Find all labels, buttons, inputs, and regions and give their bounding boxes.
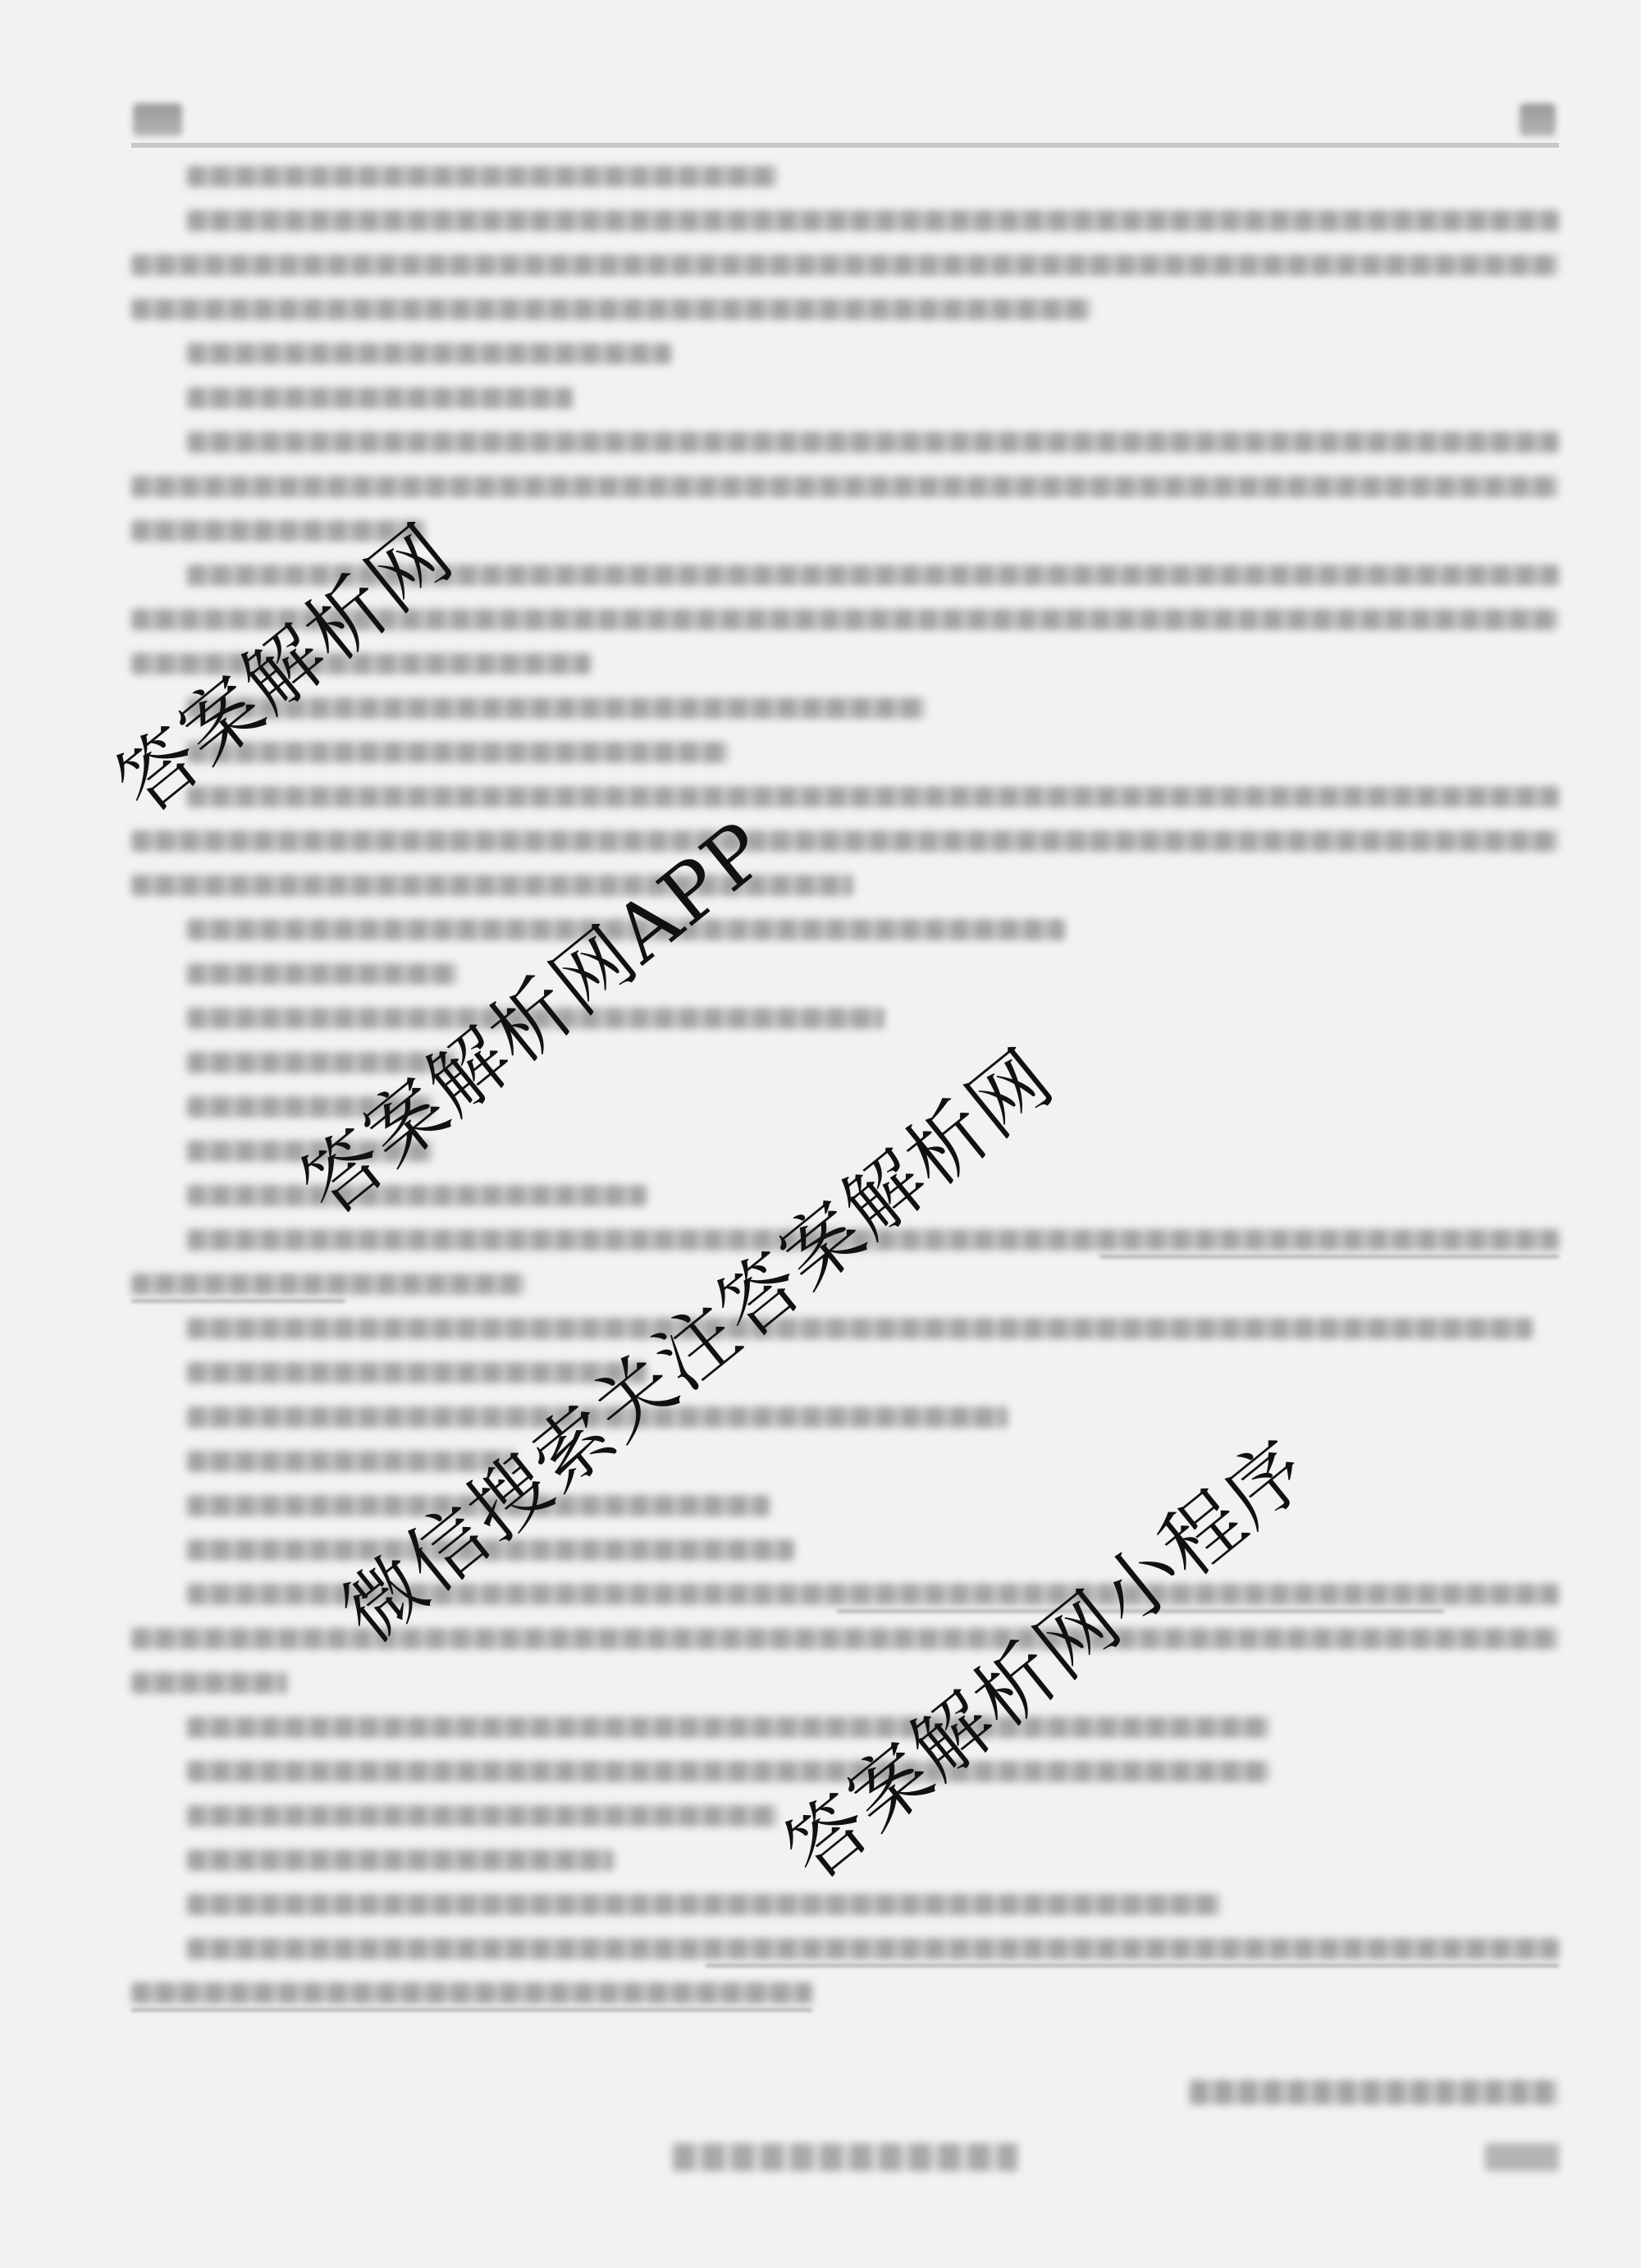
text-line (131, 1928, 1559, 1973)
header-left-label-redacted (133, 103, 182, 136)
text-line (131, 776, 1559, 821)
text-line (131, 732, 1559, 776)
text-line (131, 1884, 1559, 1928)
header-right-label-redacted (1520, 103, 1556, 136)
text-line (131, 289, 1559, 333)
text-line (131, 1308, 1559, 1352)
text-line (131, 1352, 1559, 1397)
text-line (131, 688, 1559, 732)
page-header (131, 97, 1559, 148)
text-line (131, 156, 1559, 200)
text-line (131, 1973, 1559, 2017)
text-line (131, 821, 1559, 865)
text-line (131, 953, 1559, 998)
text-line (131, 1397, 1559, 1441)
text-line (131, 422, 1559, 466)
text-line (131, 1441, 1559, 1485)
text-line (131, 377, 1559, 422)
text-line (131, 1662, 1559, 1707)
text-line (131, 998, 1559, 1042)
text-line (131, 1485, 1559, 1530)
text-line (131, 909, 1559, 953)
text-line (131, 245, 1559, 289)
text-line (131, 333, 1559, 377)
page-number-label-redacted (673, 2143, 1017, 2171)
text-line (131, 1042, 1559, 1086)
document-body (131, 156, 1559, 2017)
document-page: 答案解析网 答案解析网APP 微信搜索关注答案解析网 答案解析网小程序 (0, 0, 1641, 2268)
text-line (131, 865, 1559, 909)
text-line (131, 466, 1559, 510)
source-citation-redacted (1190, 2080, 1559, 2105)
exam-code-redacted (1485, 2143, 1559, 2171)
text-line (131, 1618, 1559, 1662)
text-line (131, 200, 1559, 245)
